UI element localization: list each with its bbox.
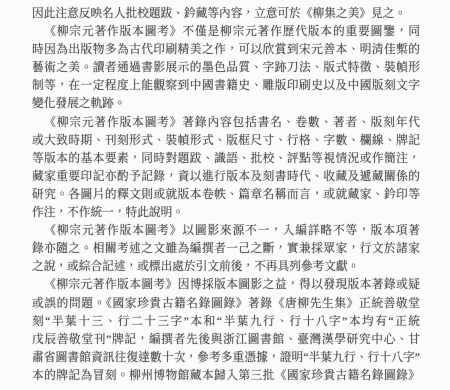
text-line: 或誤的問題。《國家珍貴古籍名錄圖錄》著錄《唐柳先生集》正統善敬堂 [32,295,420,313]
text-line: 作注，不作統一，特此說明。 [32,204,420,222]
text-line: 《柳宗元著作版本圖考》不僅是柳宗元著作歷代版本的重要圖鑒，同 [32,23,420,41]
text-line: 研究。各圖片的釋文則或就版本卷帙、篇章名稱而言，或就藏家、鈐印等 [32,186,420,204]
text-line: 藏家重要印記亦酌予記錄，資以進行版本及刻書時代、收藏及遞藏關係的 [32,168,420,186]
text-line: 《柳宗元著作版本圖考》以圖影來源不一，入編詳略不等，版本項著 [32,222,420,240]
text-line: 之說，或綜合記述，或標出處於引文前後，不再具列參考文獻。 [32,258,420,276]
text-line: 因此注意反映名人批校題跋、鈐藏等內容，立意可於《柳集之美》見之。 [32,5,420,23]
text-line: 《柳宗元著作版本圖考》著錄內容包括書名、卷數、著者、版刻年代 [32,114,420,132]
text-line: 刻“半葉十三、行二十三字”本和“半葉九行、行十八字”本均有“正統 [32,313,420,331]
text-line: 《柳宗元著作版本圖考》因博採版本圖影之益，得以發現版本著錄或疑 [32,276,420,294]
text-line: 藝術之美。讀者通過書影展示的墨色品質、字跡刀法、版式特徵、裝幀形 [32,59,420,77]
text-line: 等版本的基本要素，同時對題跋、識語、批校、評點等視情況或作簡注， [32,150,420,168]
text-line: 肅省圖書館資訊往復達數十次，參考多重憑據，證明“半葉九行、行十八字” [32,349,420,367]
text-line: 制等，在一定程度上能觀察到中國書籍史、雕版印刷史以及中國版刻文字 [32,77,420,95]
text-line: 本的牌記為冒刻。柳州博物館藏本歸入第三批《國家珍貴古籍名錄圖錄》 [32,367,420,385]
text-line: 或大致時期、刊刻形式、裝幀形式、版框尺寸、行格、字數、欄線、牌記 [32,132,420,150]
text-line: 戊辰善敬堂刊”牌記，編撰者先後與浙江圖書館、臺灣漢學研究中心、甘 [32,331,420,349]
book-page: 因此注意反映名人批校題跋、鈐藏等內容，立意可於《柳集之美》見之。 《柳宗元著作版… [0,0,450,390]
text-line: 時因為出版物多為古代印刷精美之作，可以欣賞到宋元善本、明清佳槧的 [32,41,420,59]
text-line: 變化發展之軌跡。 [32,95,420,113]
text-line: 錄亦隨之。相關考述之文雖為編撰者一己之斷，實兼採眾家，行文於諸家 [32,240,420,258]
